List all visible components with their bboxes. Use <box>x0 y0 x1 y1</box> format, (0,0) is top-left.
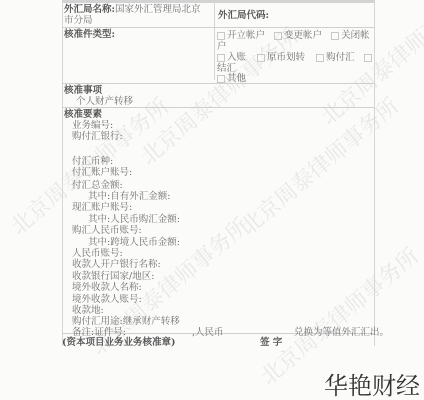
checkbox[interactable] <box>316 54 324 62</box>
remark-suffix: 兑换为等值外汇汇出。 <box>294 327 389 338</box>
checkbox[interactable] <box>331 32 339 40</box>
signature-label: 签 字 <box>260 337 282 348</box>
approval-type-row1: 开立帐户 变更帐户 关闭帐 <box>217 30 370 41</box>
checkbox[interactable] <box>257 54 265 62</box>
approval-elements-label: 核准要素 <box>64 109 102 120</box>
approval-item-value: 个人财产转移 <box>76 96 133 107</box>
checkbox[interactable] <box>364 54 372 62</box>
field: 收款银行国家/地区: <box>72 271 154 282</box>
field: 购汇人民币账号: <box>72 225 142 236</box>
field: 现汇账户账号: <box>72 202 132 213</box>
remark-mid: ,人民币 <box>192 327 224 338</box>
field: 收款地: <box>72 305 104 316</box>
checkbox[interactable] <box>217 32 225 40</box>
field: 收款人开户银行名称: <box>72 259 161 270</box>
field: 付汇总金额: <box>72 180 123 191</box>
seal-label: (资本项目业务业务核准章) <box>62 337 176 348</box>
field: 付汇币种: <box>72 156 113 167</box>
bureau-name: 外汇局名称:国家外汇管理局北京 <box>64 4 201 15</box>
approval-type-label: 核准件类型: <box>64 29 115 40</box>
approval-form: 外汇局名称:国家外汇管理局北京 市分局 外汇局代码: 核准件类型: 开立帐户 变… <box>62 0 374 346</box>
checkbox[interactable] <box>217 75 225 83</box>
bureau-code-label: 外汇局代码: <box>218 10 269 21</box>
field: 业务编号: <box>72 120 113 131</box>
field: 其中:跨境人民币金额: <box>88 237 180 248</box>
field: 购付汇用途:继承财产转移 <box>72 316 180 327</box>
field: 境外收款人账号: <box>72 294 142 305</box>
bureau-name-cont: 市分局 <box>64 15 93 26</box>
checkbox[interactable] <box>274 32 282 40</box>
field: 付汇账户账号: <box>72 167 132 178</box>
field: 其中:人民币购汇金额: <box>88 214 180 225</box>
field: 人民币账号: <box>72 248 123 259</box>
brand-watermark: 华艳财经 <box>324 366 420 400</box>
checkbox[interactable] <box>217 54 225 62</box>
approval-type-row3: 其他 <box>217 73 246 84</box>
field: 其中:自有外汇金额: <box>88 191 170 202</box>
field: 购付汇银行: <box>72 131 123 142</box>
approval-type-row2: 入账 原币划转 购付汇 <box>217 52 374 63</box>
approval-item-label: 核准事项 <box>64 85 102 96</box>
field: 境外收款人名称: <box>72 282 142 293</box>
approval-type-row1b: 户 <box>217 41 227 52</box>
